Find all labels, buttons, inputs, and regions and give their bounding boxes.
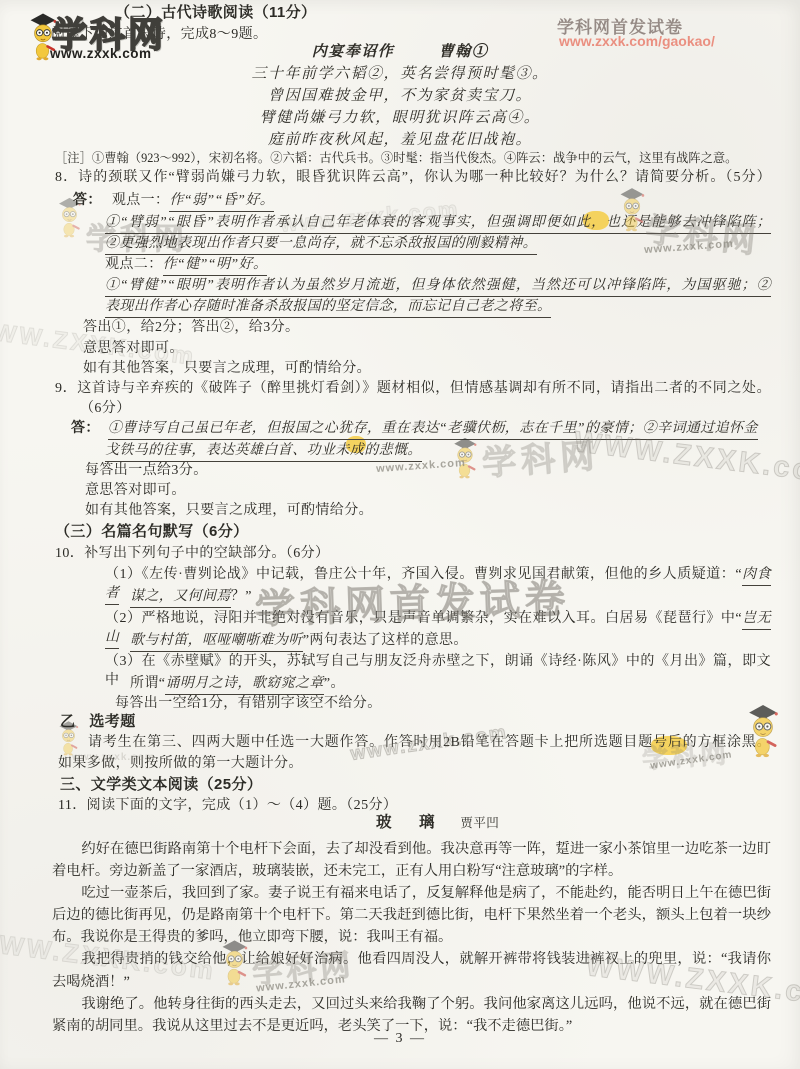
- poem-author: 曹翰①: [439, 44, 489, 60]
- q8-scoring-3: 如有其他答案，只要言之成理，可酌情给分。: [83, 359, 371, 378]
- q8-view2-choice: 作“健”“明”好。: [163, 257, 268, 276]
- section3-heading-dictation: （三）名篇名句默写（6分）: [55, 522, 249, 541]
- zxxk-logo-url: www.zxxk.com: [50, 46, 152, 61]
- q8-view1-point1: ①“臂弱”“眼昏”表明作者承认自己年老体衰的客观事实，但强调即便如此，也还是能够…: [105, 213, 771, 232]
- q8-view2-head: 观点二：作“健”“明”好。: [105, 255, 267, 274]
- q8-view1-choice: 作“弱”“昏”好。: [169, 193, 274, 212]
- sectionB-note-line1: 请考生在第三、四两大题中任选一大题作答。作答时用2B铅笔在答题卡上把所选题目题号…: [88, 733, 771, 752]
- q10-scoring: 每答出一空给1分，有错别字该空不给分。: [115, 694, 382, 713]
- poem-line: 三十年前学六韬②，英名尝得预时髦③。: [0, 62, 800, 83]
- watermark-small-url: www.zxxk.com: [644, 238, 734, 256]
- q10-item1-line2: 谋之，又何间焉？”: [130, 587, 252, 606]
- poem-line: 曾因国难披金甲，不为家贫卖宝刀。: [0, 84, 800, 105]
- q8-scoring-1: 答出①，给2分；答出②，给3分。: [83, 318, 299, 337]
- sectionB-heading: 乙选考题: [60, 712, 136, 731]
- q9-scoring-3: 如有其他答案，只要言之成理，可酌情给分。: [85, 501, 373, 520]
- story-paragraph: 我把得贵捎的钱交给他，让给娘好好治病。他看四周没人，就解开裤带将钱装进裤衩上的兜…: [52, 948, 771, 992]
- q8-stem: 8．诗的颈联又作“臂弱尚嫌弓力软，眼昏犹识阵云高”，你认为哪一种比较好？为什么？…: [55, 168, 771, 187]
- sectionB-note-line2: 如果多做，则按所做的第一大题计分。: [58, 754, 303, 773]
- poem-line: 庭前昨夜秋风起，羞见盘花旧战袍。: [0, 128, 800, 149]
- scanned-exam-page: 学科网 学科网 www.zxxk.com 学科网首发试卷 www.zxxk.co…: [0, 0, 800, 1069]
- story-paragraph: 约好在德巴街路南第十个电杆下会面，去了却没看到他。我决意再等一阵，踅进一家小茶馆…: [52, 838, 771, 882]
- story-text: 约好在德巴街路南第十个电杆下会面，去了却没看到他。我决意再等一阵，踅进一家小茶馆…: [52, 838, 771, 1037]
- q8-view2-point1: ①“臂健”“眼明”表明作者认为虽然岁月流逝，但身体依然强健，当然还可以冲锋陷阵，…: [105, 276, 771, 295]
- poem-title: 内宴奉诏作: [312, 44, 395, 60]
- section3-heading: 三、文学类文本阅读（25分）: [60, 775, 262, 794]
- q8-answer-head: 答：观点一：作“弱”“昏”好。: [73, 191, 274, 210]
- q9-stem: 9．这首诗与辛弃疾的《破阵子（醉里挑灯看剑）》题材相似，但情感基调却有所不同，请…: [55, 379, 771, 398]
- q9-scoring-2: 意思答对即可。: [85, 481, 186, 500]
- q11-stem: 11．阅读下面的文字，完成（1）～（4）题。（25分）: [58, 796, 397, 815]
- q9-answer-line-1: 答：①曹诗写自己虽已年老，但报国之心犹存，重在表达“老骥伏枥，志在千里”的豪情；…: [71, 419, 758, 438]
- q8-scoring-2: 意思答对即可。: [83, 339, 184, 358]
- q8-view2-label: 观点二：: [105, 257, 163, 272]
- q9-scoring-1: 每答出一点给3分。: [85, 461, 208, 480]
- poem-line: 臂健尚嫌弓力软，眼明犹识阵云高④。: [0, 106, 800, 127]
- q8-view2-point2: 表现出作者心存随时准备杀敌报国的坚定信念，而忘记自己老之将至。: [105, 297, 551, 316]
- answer-label: 答：: [71, 421, 100, 436]
- q10-item3-line2: 所谓“诵明月之诗，歌窈窕之章”。: [130, 674, 345, 693]
- q10-stem: 10．补写出下列句子中的空缺部分。（6分）: [55, 544, 329, 563]
- story-title: 玻 璃: [376, 814, 441, 831]
- q10-item2-line2: 歌与村笛，呕哑嘲哳难为听”两句表达了这样的意思。: [130, 631, 468, 650]
- q9-stem-score: （6分）: [80, 399, 131, 418]
- story-paragraph: 吃过一壶茶后，我回到了家。妻子说王有福来电话了，反复解释他是病了，不能赴约，能否…: [52, 882, 771, 948]
- answer-label: 答：: [73, 193, 102, 208]
- poem-footnote: ［注］①曹翰（923～992），宋初名将。②六韬：古代兵书。③时髦：指当代俊杰。…: [55, 149, 737, 168]
- page-number: — 3 —: [0, 1031, 800, 1047]
- q8-view1-label: 观点一：: [112, 193, 170, 208]
- q9-answer-line-2: 戈铁马的往事，表达英雄白首、功业未成的悲慨。: [105, 441, 422, 460]
- story-author: 贾平凹: [460, 816, 499, 830]
- q8-view1-point2: ②更强烈地表现出作者只要一息尚存，就不忘杀敌报国的刚毅精神。: [105, 234, 537, 253]
- story-title-line: 玻 璃 贾平凹: [376, 813, 499, 833]
- zxxk-mascot-icon: [450, 434, 480, 479]
